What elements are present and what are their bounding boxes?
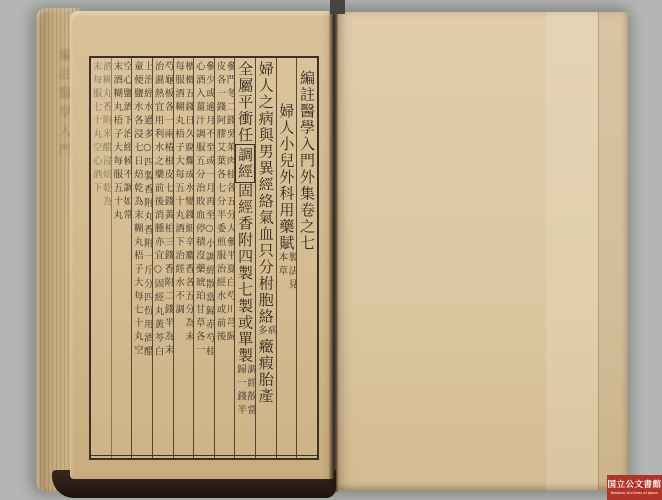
text-column-recipe: 檳榔五錢日久腐爛成水變錢細辛麝香各五分為末每服酒糊丸梧子大每五十丸酒下治經水不調 [174,58,195,458]
archive-stamp: 国立公文書館 National Archives of Japan [607,475,662,500]
small-annotation-line: 心酒入薑汁調服五分治敗血停積沒藥琥珀甘草各一 [194,61,204,360]
small-annotation-line: 末酒糊丸梧子大每服五十丸 [112,61,122,223]
small-annotation-line: 參少或逾月不至或一月再至○小調經散當歸赤芍桂 [204,61,214,360]
small-annotation-line: 本草 [277,252,287,293]
small-annotation-line: 病 [266,325,276,339]
text-column-chapter-title: 編註醫學入門外集卷之七 [297,58,317,458]
small-annotation: 製法見本草 [277,252,297,293]
photo-background: { "photo": { "background_color": "#b3b6b… [0,0,662,500]
small-annotation-line: 空心鹽酒下治經候不調如常 [121,61,131,223]
text-column-section-title: 婦人小兒外科用藥賦製法見本草 [277,58,298,458]
small-annotation: 檳榔五錢日久腐爛成水變錢細辛麝香各五分為末每服酒糊丸梧子大每五十丸酒下治經水不調 [174,61,194,345]
small-annotation: 參少或逾月不至或一月再至○小調經散當歸赤芍桂心酒入薑汁調服五分治敗血停積沒藥琥珀… [194,61,214,360]
small-annotation: 空心鹽酒下治經候不調如常末酒糊丸梧子大每服五十丸 [112,61,132,223]
text-column-body: 婦人之病與男異經絡氣血只分柎胞絡病多癥瘕胎產 [256,58,277,458]
main-text: 癥瘕胎產 [257,339,275,405]
small-annotation-line: 末每服七十丸空心酒下 [91,61,101,210]
text-column-recipe: 參門冬二錢吳茱肉桂各五分人參半夏白芍川芎歸皮各一錢阿膠艾葉各七分半委煎服治經水或… [215,58,236,458]
text-column-body: 全屬平衝任調經固經香附四製七製或單製調經散當歸一錢半 [235,58,256,458]
small-annotation-line: 參門冬二錢吳茱肉桂各五分人參半夏白芍川芎歸 [224,61,234,345]
main-text: 固經香附四製七製或單製 [236,183,254,365]
small-annotation-line: 童便鹽水各浸七日焙乾為末糊丸梧子大每七十丸空 [132,61,142,360]
small-annotation: 調經散當歸一錢半 [235,364,255,418]
text-column-recipe: 參少或逾月不至或一月再至○小調經散當歸赤芍桂心酒入薑汁調服五分治敗血停積沒藥琥珀… [194,58,215,458]
main-text: 編註醫學入門外集卷之七 [298,70,316,252]
text-columns: 編註醫學入門外集卷之七婦人小兒外科用藥賦製法見本草婦人之病與男異經絡氣血只分柎胞… [91,58,317,458]
text-column-recipe: 空心鹽酒下治經候不調如常末酒糊丸梧子大每服五十丸 [112,58,133,458]
archive-stamp-japanese: 国立公文書館 [607,480,661,490]
text-column-recipe: 上治經水過多○四製香附丸香附一斤分四份用酒醋童便鹽水各浸七日焙乾為末糊丸梧子大每… [132,58,153,458]
main-text: 全屬平衝任 [236,61,254,144]
boxed-heading: 調經 [235,144,255,183]
printed-text-frame: 編註醫學入門外集卷之七婦人小兒外科用藥賦製法見本草婦人之病與男異經絡氣血只分柎胞… [89,56,319,460]
small-annotation: 病多 [256,325,276,339]
small-annotation: 酒糊丸香附米醋浸焙乾為末每服七十丸空心酒下 [91,61,111,210]
small-annotation-line: 歸一錢半 [235,364,245,418]
small-annotation: 參門冬二錢吳茱肉桂各五分人參半夏白芍川芎歸皮各一錢阿膠艾葉各七分半委煎服治經水或… [215,61,235,345]
main-text: 婦人之病與男異經絡氣血只分柎胞絡 [257,61,275,325]
small-annotation-line: 酒糊丸香附米醋浸焙乾為 [101,61,111,210]
right-page-blank [336,12,628,490]
archive-stamp-english: National Archives of Japan [611,490,658,495]
small-annotation-line: 皮各一錢阿膠艾葉各七分半委煎服治經水或前後 [215,61,225,345]
page-showthrough-band [546,12,598,490]
small-annotation-line: 芍龜板各一兩椿根皮七錢黃柏三錢香附二錢半為末 [163,61,173,360]
small-annotation: 上治經水過多○四製香附丸香附一斤分四份用酒醋童便鹽水各浸七日焙乾為末糊丸梧子大每… [132,61,152,360]
small-annotation-line: 調經散當 [245,364,255,418]
text-column-recipe: 芍龜板各一兩椿根皮七錢黃柏三錢香附二錢半為末治濕熱宜用利水之藥前後消腫亦宜○固經… [153,58,174,458]
main-text: 婦人小兒外科用藥賦 [277,103,295,252]
small-annotation: 芍龜板各一兩椿根皮七錢黃柏三錢香附二錢半為末治濕熱宜用利水之藥前後消腫亦宜○固經… [153,61,173,360]
left-page: 編註醫學入門外集卷之七婦人小兒外科用藥賦製法見本草婦人之病與男異經絡氣血只分柎胞… [70,11,334,479]
small-annotation-line: 治濕熱宜用利水之藥前後消腫亦宜○固經丸黃芩白 [153,61,163,360]
page-fold-strip [599,12,628,490]
binding-top-edge [330,0,345,14]
text-column-recipe-partial: 酒糊丸香附米醋浸焙乾為末每服七十丸空心酒下 [91,58,112,458]
small-annotation-line: 上治經水過多○四製香附丸香附一斤分四份用酒醋 [142,61,152,360]
book-gutter-shadow [329,10,338,492]
small-annotation-line: 檳榔五錢日久腐爛成水變錢細辛麝香各五分為末 [183,61,193,345]
small-annotation-line: 製法見 [286,252,296,293]
small-annotation-line: 多 [256,325,266,339]
small-annotation-line: 每服酒糊丸梧子大每五十丸酒下治經水不調 [174,61,184,345]
